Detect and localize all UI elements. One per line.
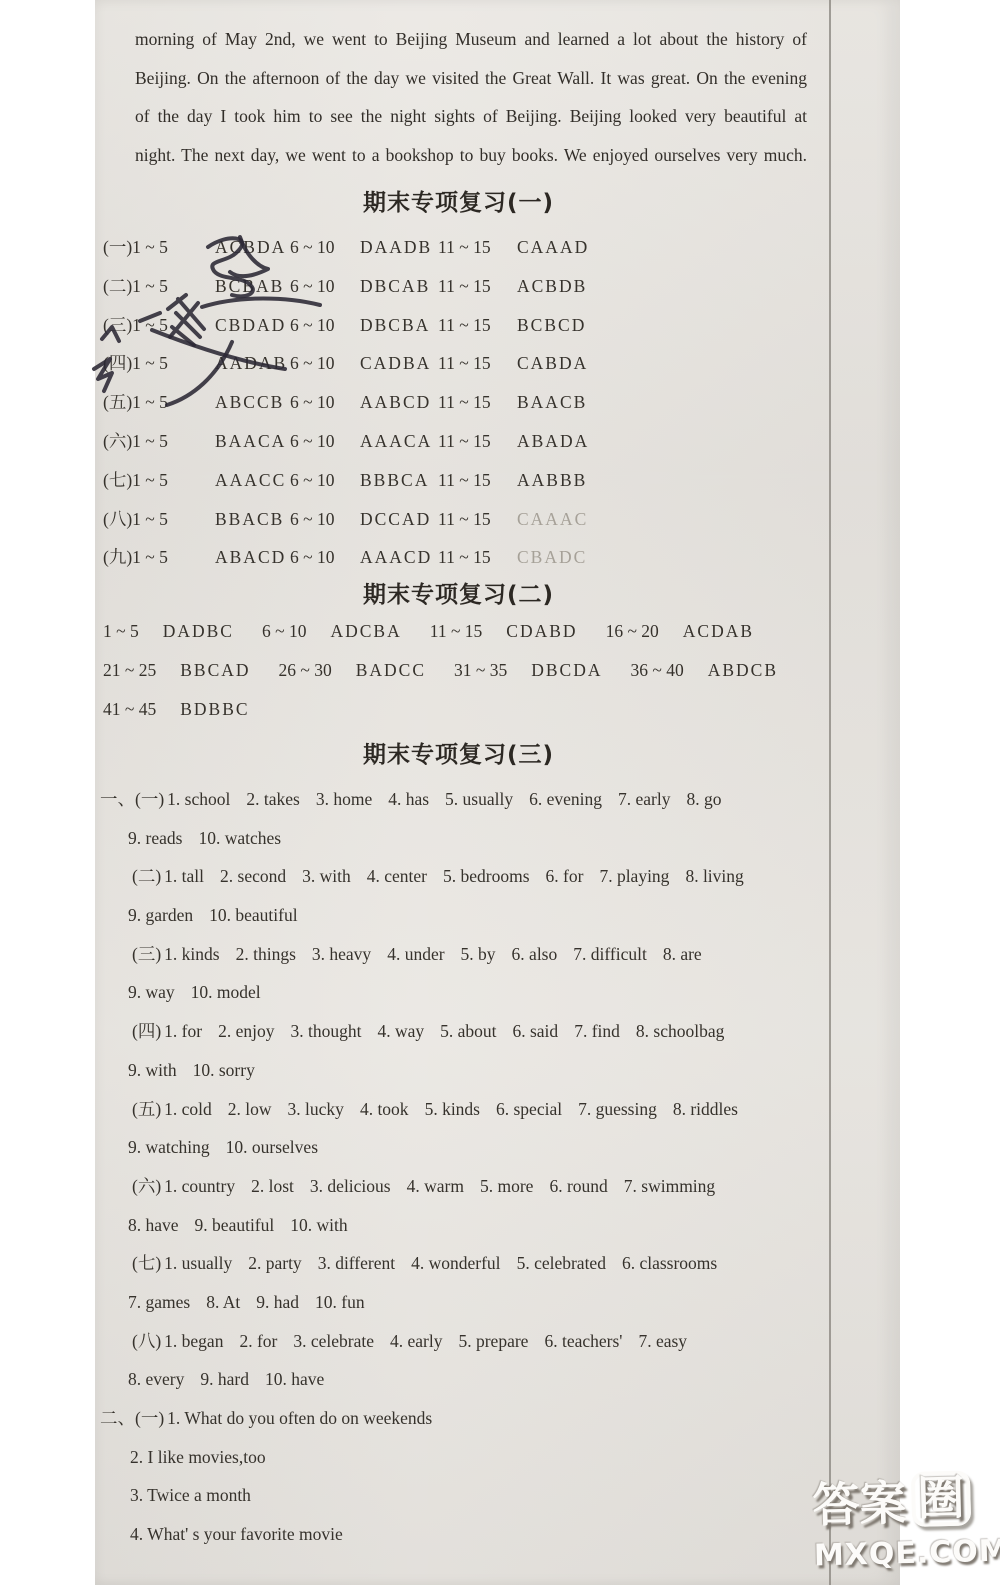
- item-prefix: (五): [132, 1090, 161, 1129]
- answer-item: 6. special: [496, 1090, 562, 1129]
- answer-group: ABADA: [517, 422, 589, 461]
- answer-line: 9. reads10. watches: [100, 819, 820, 858]
- answer-row: (三)1 ~ 5CBDAD6 ~ 10DBCBA11 ~ 15BCBCD: [103, 306, 589, 345]
- range-label: 16 ~ 20: [606, 612, 659, 651]
- row-label: (五)1 ~ 5: [103, 383, 215, 422]
- answer-item: 7. swimming: [624, 1167, 715, 1206]
- answer-item: 2. for: [239, 1322, 277, 1361]
- answer-item: 6. said: [512, 1012, 558, 1051]
- range-label: 6 ~ 10: [290, 383, 360, 422]
- answer-group: DBCBA: [360, 306, 438, 345]
- answer-group: BADCC: [356, 651, 426, 690]
- answer-item: 7. early: [618, 780, 670, 819]
- item-prefix: (七): [132, 1244, 161, 1283]
- range-label: 11 ~ 15: [438, 422, 517, 461]
- answer-row: 41 ~ 45BDBBC: [103, 690, 806, 729]
- answer-group: BBBCA: [360, 461, 438, 500]
- answer-item: 10. ourselves: [226, 1128, 318, 1167]
- section1-answer-rows: (一)1 ~ 5ACBDA6 ~ 10DAADB11 ~ 15CAAAD(二)1…: [103, 228, 589, 577]
- reading-passage: morning of May 2nd, we went to Beijing M…: [135, 20, 807, 174]
- answer-line: 9. watching10. ourselves: [100, 1128, 820, 1167]
- answer-line: 9. garden10. beautiful: [100, 896, 820, 935]
- answer-item: 2. takes: [246, 780, 299, 819]
- answer-group: AAACD: [360, 538, 438, 577]
- answer-item: 3. delicious: [310, 1167, 391, 1206]
- row-label: (八)1 ~ 5: [103, 500, 215, 539]
- answer-group: AABBB: [517, 461, 587, 500]
- answer-item: 7. playing: [599, 857, 669, 896]
- answer-row: (九)1 ~ 5ABACD6 ~ 10AAACD11 ~ 15CBADC: [103, 538, 589, 577]
- answer-item: 3. heavy: [312, 935, 371, 974]
- answer-item: 4. has: [388, 780, 429, 819]
- range-label: 36 ~ 40: [631, 651, 684, 690]
- answer-group: ACDAB: [683, 612, 754, 651]
- answer-item: 9. watching: [128, 1128, 210, 1167]
- answer-line: 一、(一)1. school2. takes3. home4. has5. us…: [100, 780, 820, 819]
- passage-line: night. The next day, we went to a booksh…: [135, 136, 807, 175]
- answer-item: 2. enjoy: [218, 1012, 274, 1051]
- answer-item: 10. model: [191, 973, 261, 1012]
- answer-item: 10. watches: [198, 819, 281, 858]
- answer-item: 5. by: [461, 935, 496, 974]
- answer-group: BCBAB: [215, 267, 290, 306]
- watermark-brand: 答案 圈: [812, 1463, 1000, 1535]
- answer-group: CBADC: [517, 538, 587, 577]
- range-label: 11 ~ 15: [438, 538, 517, 577]
- answer-item: 1. tall: [164, 857, 204, 896]
- range-label: 1 ~ 5: [103, 612, 139, 651]
- watermark-site-url: MXQE.COM: [813, 1533, 1000, 1573]
- answer-group: BBCAD: [180, 651, 250, 690]
- answer-item: 3. celebrate: [293, 1322, 374, 1361]
- answer-item: 1. country: [164, 1167, 235, 1206]
- range-label: 6 ~ 10: [290, 538, 360, 577]
- row-label: (二)1 ~ 5: [103, 267, 215, 306]
- answer-item: 8. go: [687, 780, 722, 819]
- answer-item: 9. beautiful: [195, 1206, 275, 1245]
- answer-line: (八)1. began2. for3. celebrate4. early5. …: [100, 1322, 820, 1361]
- scan-paper: morning of May 2nd, we went to Beijing M…: [95, 0, 900, 1585]
- row-label: (一)1 ~ 5: [103, 228, 215, 267]
- answer-item: 1. What do you often do on weekends: [167, 1399, 432, 1438]
- watermark-logo: 答案 圈 MXQE.COM: [812, 1463, 1000, 1573]
- answer-item: 4. What' s your favorite movie: [130, 1515, 343, 1554]
- answer-group: DADBC: [163, 612, 234, 651]
- section3-answer-lines: 一、(一)1. school2. takes3. home4. has5. us…: [100, 780, 820, 1554]
- answer-group: ACBDA: [215, 228, 290, 267]
- range-label: 6 ~ 10: [290, 500, 360, 539]
- answer-item: 2. low: [228, 1090, 272, 1129]
- answer-row: 21 ~ 25BBCAD26 ~ 30BADCC31 ~ 35DBCDA36 ~…: [103, 651, 806, 690]
- range-label: 11 ~ 15: [438, 383, 517, 422]
- range-label: 6 ~ 10: [290, 422, 360, 461]
- row-label: (九)1 ~ 5: [103, 538, 215, 577]
- answer-item: 7. games: [128, 1283, 190, 1322]
- scanned-answer-page: morning of May 2nd, we went to Beijing M…: [0, 0, 1000, 1585]
- answer-group: ACBDB: [517, 267, 587, 306]
- answer-item: 1. for: [164, 1012, 202, 1051]
- answer-group: ABDCB: [708, 651, 778, 690]
- item-prefix: (八): [132, 1322, 161, 1361]
- section2-title: 期末专项复习(二): [95, 576, 822, 609]
- answer-line: 9. way10. model: [100, 973, 820, 1012]
- section1-title: 期末专项复习(一): [95, 184, 822, 217]
- answer-item: 10. have: [265, 1360, 324, 1399]
- section3-title: 期末专项复习(三): [95, 736, 822, 769]
- passage-line: of the day I took him to see the night s…: [135, 97, 807, 136]
- section2-answer-rows: 1 ~ 5DADBC6 ~ 10ADCBA11 ~ 15CDABD16 ~ 20…: [103, 612, 806, 728]
- answer-item: 7. find: [574, 1012, 620, 1051]
- answer-item: 8. schoolbag: [636, 1012, 724, 1051]
- answer-item: 8. At: [206, 1283, 240, 1322]
- answer-item: 8. are: [663, 935, 702, 974]
- answer-item: 3. with: [302, 857, 351, 896]
- answer-group: CAAAC: [517, 500, 588, 539]
- answer-item: 3. thought: [290, 1012, 361, 1051]
- answer-group: AAACC: [215, 461, 290, 500]
- answer-line: (四)1. for2. enjoy3. thought4. way5. abou…: [100, 1012, 820, 1051]
- answer-item: 9. reads: [128, 819, 182, 858]
- answer-item: 7. difficult: [573, 935, 647, 974]
- answer-row: (八)1 ~ 5BBACB6 ~ 10DCCAD11 ~ 15CAAAC: [103, 500, 589, 539]
- answer-item: 6. for: [546, 857, 584, 896]
- answer-item: 2. party: [248, 1244, 301, 1283]
- answer-item: 7. easy: [638, 1322, 687, 1361]
- item-prefix: (三): [132, 935, 161, 974]
- answer-line: 9. with10. sorry: [100, 1051, 820, 1090]
- answer-group: AAACA: [360, 422, 438, 461]
- answer-item: 5. about: [440, 1012, 496, 1051]
- answer-row: (一)1 ~ 5ACBDA6 ~ 10DAADB11 ~ 15CAAAD: [103, 228, 589, 267]
- range-label: 11 ~ 15: [438, 306, 517, 345]
- answer-group: CADBA: [360, 344, 438, 383]
- answer-item: 9. hard: [200, 1360, 249, 1399]
- answer-item: 4. wonderful: [411, 1244, 500, 1283]
- answer-group: CAAAD: [517, 228, 589, 267]
- answer-item: 10. with: [290, 1206, 347, 1245]
- answer-line: (七)1. usually2. party3. different4. wond…: [100, 1244, 820, 1283]
- answer-item: 5. more: [480, 1167, 533, 1206]
- range-label: 41 ~ 45: [103, 690, 156, 729]
- answer-item: 4. early: [390, 1322, 442, 1361]
- answer-row: (四)1 ~ 5AADAB6 ~ 10CADBA11 ~ 15CABDA: [103, 344, 589, 383]
- answer-group: DBCDA: [531, 651, 602, 690]
- answer-item: 3. Twice a month: [130, 1476, 251, 1515]
- range-label: 6 ~ 10: [290, 267, 360, 306]
- answer-item: 4. took: [360, 1090, 409, 1129]
- item-prefix: (四): [132, 1012, 161, 1051]
- answer-group: ADCBA: [330, 612, 401, 651]
- answer-row: (五)1 ~ 5ABCCB6 ~ 10AABCD11 ~ 15BAACB: [103, 383, 589, 422]
- answer-item: 1. school: [167, 780, 230, 819]
- answer-item: 8. have: [128, 1206, 179, 1245]
- answer-item: 9. with: [128, 1051, 177, 1090]
- answer-item: 5. kinds: [425, 1090, 480, 1129]
- answer-item: 4. way: [377, 1012, 424, 1051]
- answer-item: 1. cold: [164, 1090, 212, 1129]
- answer-item: 9. had: [256, 1283, 299, 1322]
- answer-item: 10. beautiful: [209, 896, 297, 935]
- answer-item: 8. every: [128, 1360, 184, 1399]
- answer-group: DAADB: [360, 228, 438, 267]
- answer-item: 10. fun: [315, 1283, 365, 1322]
- range-label: 6 ~ 10: [290, 344, 360, 383]
- answer-item: 4. warm: [407, 1167, 464, 1206]
- answer-group: CDABD: [506, 612, 577, 651]
- row-label: (四)1 ~ 5: [103, 344, 215, 383]
- answer-line: 2. I like movies,too: [100, 1438, 820, 1477]
- answer-group: BCBCD: [517, 306, 586, 345]
- answer-line: 8. every9. hard10. have: [100, 1360, 820, 1399]
- answer-line: 7. games8. At9. had10. fun: [100, 1283, 820, 1322]
- answer-group: BDBBC: [180, 690, 249, 729]
- range-label: 11 ~ 15: [438, 344, 517, 383]
- answer-line: (五)1. cold2. low3. lucky4. took5. kinds6…: [100, 1090, 820, 1129]
- range-label: 11 ~ 15: [430, 612, 483, 651]
- answer-item: 8. riddles: [673, 1090, 738, 1129]
- answer-group: ABCCB: [215, 383, 290, 422]
- answer-group: CBDAD: [215, 306, 290, 345]
- range-label: 31 ~ 35: [454, 651, 507, 690]
- range-label: 11 ~ 15: [438, 228, 517, 267]
- answer-item: 3. home: [316, 780, 372, 819]
- answer-item: 1. kinds: [164, 935, 219, 974]
- answer-group: BAACA: [215, 422, 290, 461]
- answer-item: 8. living: [685, 857, 743, 896]
- answer-line: 4. What' s your favorite movie: [100, 1515, 820, 1554]
- row-label: (六)1 ~ 5: [103, 422, 215, 461]
- answer-item: 6. round: [549, 1167, 607, 1206]
- item-prefix: (六): [132, 1167, 161, 1206]
- answer-line: 二、(一)1. What do you often do on weekends: [100, 1399, 820, 1438]
- range-label: 11 ~ 15: [438, 500, 517, 539]
- watermark-brand-badge: 圈: [911, 1470, 971, 1527]
- answer-line: 8. have9. beautiful10. with: [100, 1206, 820, 1245]
- answer-item: 10. sorry: [193, 1051, 255, 1090]
- answer-item: 5. celebrated: [517, 1244, 606, 1283]
- range-label: 6 ~ 10: [290, 228, 360, 267]
- answer-line: 3. Twice a month: [100, 1476, 820, 1515]
- answer-row: (二)1 ~ 5BCBAB6 ~ 10DBCAB11 ~ 15ACBDB: [103, 267, 589, 306]
- answer-group: BAACB: [517, 383, 587, 422]
- item-prefix: (二): [132, 857, 161, 896]
- answer-item: 5. usually: [445, 780, 513, 819]
- answer-row: (七)1 ~ 5AAACC6 ~ 10BBBCA11 ~ 15AABBB: [103, 461, 589, 500]
- answer-item: 6. classrooms: [622, 1244, 717, 1283]
- answer-item: 5. prepare: [458, 1322, 528, 1361]
- range-label: 26 ~ 30: [279, 651, 332, 690]
- passage-line: morning of May 2nd, we went to Beijing M…: [135, 20, 807, 59]
- answer-line: (三)1. kinds2. things3. heavy4. under5. b…: [100, 935, 820, 974]
- answer-group: DCCAD: [360, 500, 438, 539]
- range-label: 6 ~ 10: [290, 306, 360, 345]
- answer-item: 3. different: [318, 1244, 395, 1283]
- answer-group: DBCAB: [360, 267, 438, 306]
- answer-item: 4. center: [367, 857, 427, 896]
- row-label: (七)1 ~ 5: [103, 461, 215, 500]
- answer-item: 2. I like movies,too: [130, 1438, 266, 1477]
- answer-item: 6. evening: [529, 780, 602, 819]
- answer-line: (二)1. tall2. second3. with4. center5. be…: [100, 857, 820, 896]
- answer-item: 6. also: [512, 935, 558, 974]
- answer-group: AABCD: [360, 383, 438, 422]
- answer-group: CABDA: [517, 344, 588, 383]
- answer-item: 3. lucky: [288, 1090, 344, 1129]
- item-prefix: 一、(一): [100, 780, 164, 819]
- answer-row: 1 ~ 5DADBC6 ~ 10ADCBA11 ~ 15CDABD16 ~ 20…: [103, 612, 806, 651]
- answer-item: 5. bedrooms: [443, 857, 530, 896]
- answer-item: 7. guessing: [578, 1090, 657, 1129]
- page-fold-line: [829, 0, 831, 1585]
- answer-row: (六)1 ~ 5BAACA6 ~ 10AAACA11 ~ 15ABADA: [103, 422, 589, 461]
- watermark-brand-text: 答案: [812, 1466, 908, 1535]
- passage-line: Beijing. On the afternoon of the day we …: [135, 59, 807, 98]
- answer-group: ABACD: [215, 538, 290, 577]
- answer-item: 9. garden: [128, 896, 193, 935]
- answer-item: 4. under: [387, 935, 444, 974]
- answer-item: 2. second: [220, 857, 286, 896]
- answer-item: 1. usually: [164, 1244, 232, 1283]
- range-label: 21 ~ 25: [103, 651, 156, 690]
- answer-item: 9. way: [128, 973, 175, 1012]
- answer-group: BBACB: [215, 500, 290, 539]
- answer-item: 1. began: [164, 1322, 223, 1361]
- answer-item: 2. things: [236, 935, 296, 974]
- range-label: 6 ~ 10: [290, 461, 360, 500]
- range-label: 11 ~ 15: [438, 267, 517, 306]
- answer-line: (六)1. country2. lost3. delicious4. warm5…: [100, 1167, 820, 1206]
- answer-group: AADAB: [215, 344, 290, 383]
- range-label: 6 ~ 10: [262, 612, 306, 651]
- item-prefix: 二、(一): [100, 1399, 164, 1438]
- row-label: (三)1 ~ 5: [103, 306, 215, 345]
- answer-item: 6. teachers': [544, 1322, 622, 1361]
- range-label: 11 ~ 15: [438, 461, 517, 500]
- answer-item: 2. lost: [251, 1167, 294, 1206]
